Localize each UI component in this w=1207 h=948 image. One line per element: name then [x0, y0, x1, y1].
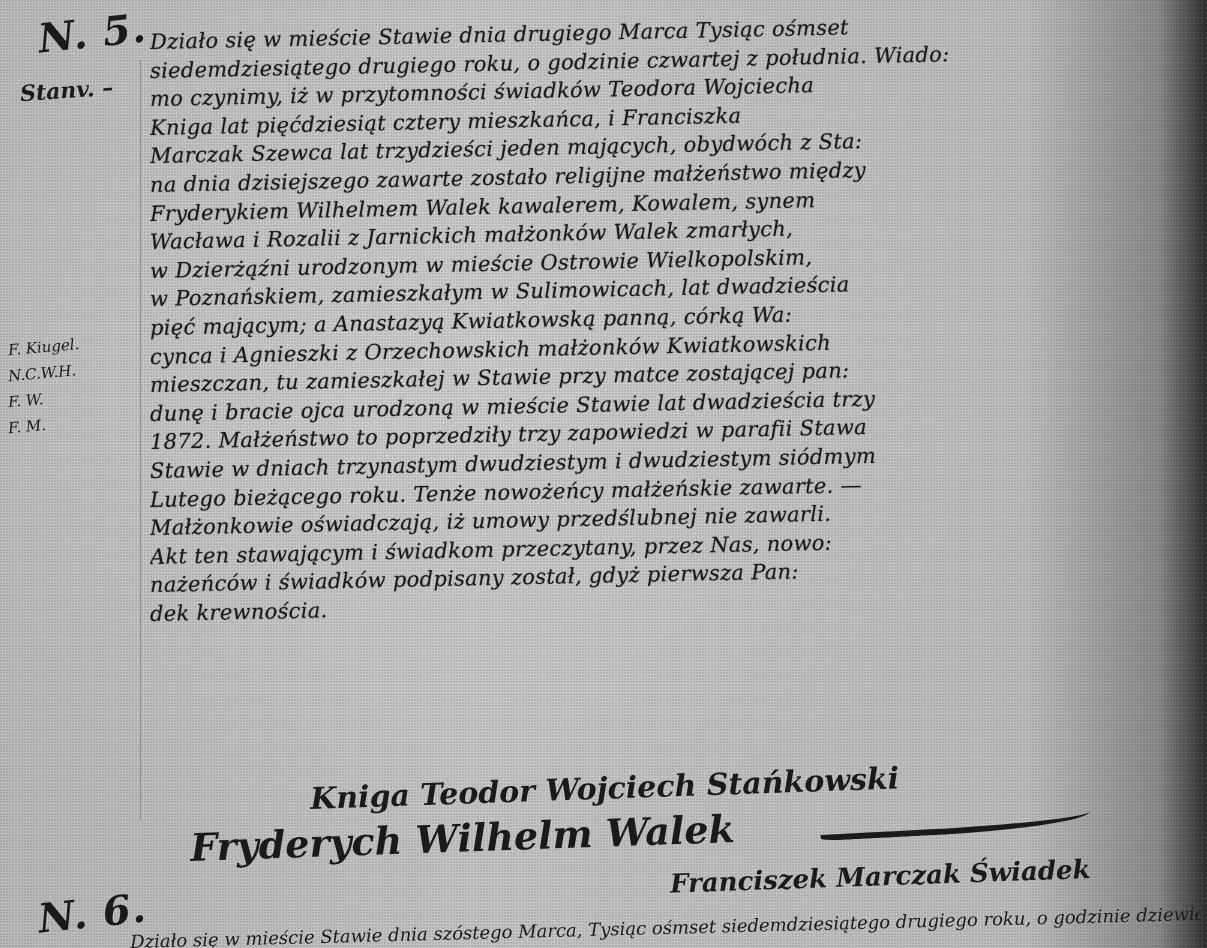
act-5-margin-notes: F. Kiugel. N.C.W.H. F. W. F. M.: [8, 332, 128, 436]
act-5-number: N. 5.: [36, 4, 149, 62]
signature-witness-2: Franciszek Marczak Świadek: [670, 854, 1111, 899]
act-5-margin-label: Stanv. –: [19, 75, 114, 107]
margin-rule-line: [140, 60, 141, 820]
document-page: N. 5. Stanv. – F. Kiugel. N.C.W.H. F. W.…: [0, 0, 1207, 948]
act-6-first-line: Działo się w mieście Stawie dnia szósteg…: [130, 904, 1200, 948]
act-5-body: Działo się w mieście Stawie dnia drugieg…: [150, 28, 1200, 628]
